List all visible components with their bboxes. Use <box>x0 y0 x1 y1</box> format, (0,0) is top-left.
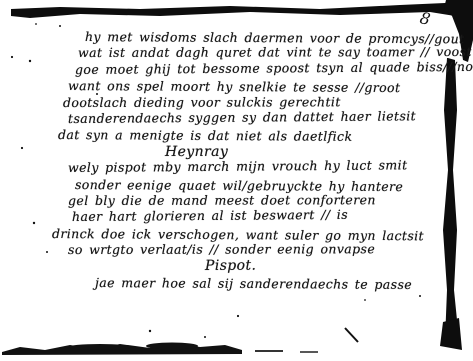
speaker-heading: Pispot. <box>205 256 470 274</box>
page-number: 8 <box>418 8 432 29</box>
bottom-smudge <box>146 343 198 350</box>
bottom-smudge <box>2 343 242 355</box>
manuscript-line: goe moet ghij tot bessome spoost tsyn al… <box>75 59 470 78</box>
bottom-right-smudge <box>440 318 462 350</box>
manuscript-line: haer hart glorieren al ist beswaert // i… <box>72 206 470 226</box>
top-edge-smudge <box>11 1 473 18</box>
bottom-smudge <box>255 350 283 352</box>
manuscript-line: jae maer hoe sal sij sanderendaechs te p… <box>95 275 470 294</box>
manuscript-line: tsanderendaechs syggen sy dan dattet hae… <box>68 108 470 128</box>
manuscript-scan-page: 8 hy met wisdoms slach daermen voor de p… <box>0 0 473 361</box>
bottom-smudge <box>300 351 318 353</box>
manuscript-line: wely pispot mby march mijn vrouch hy luc… <box>68 157 470 177</box>
bottom-smudge <box>68 344 132 350</box>
stray-stroke <box>345 328 358 342</box>
manuscript-text: hy met wisdoms slach daermen voor de pro… <box>50 29 470 291</box>
